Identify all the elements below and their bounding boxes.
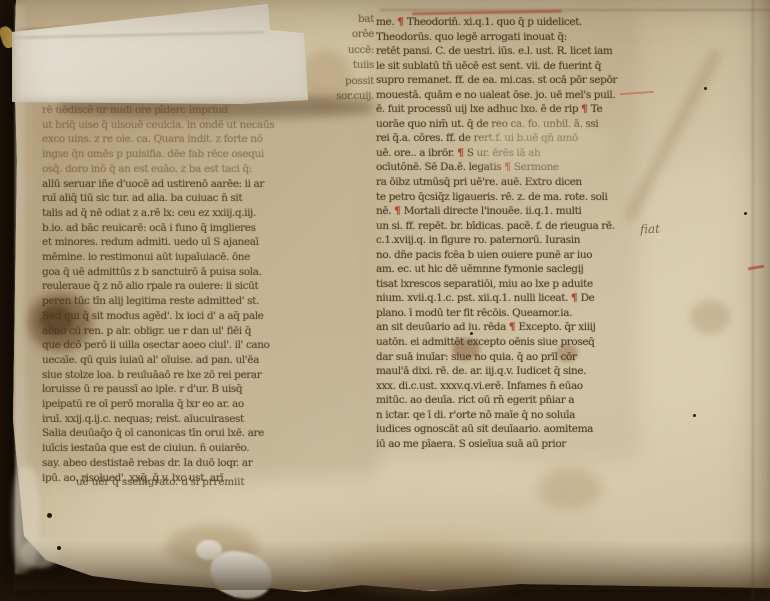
marginal-note: fiat xyxy=(640,222,660,237)
text-column-left: rē uēdiscē ur nudi ore pīderc impriudut … xyxy=(42,103,376,485)
manuscript-text-line: xxx. di.c.ust. xxxv.q.vi.erē. Infames n̄… xyxy=(376,379,638,394)
manuscript-text-line: osq̄. doro inō q̄ an est euāo. z ba est … xyxy=(42,162,376,177)
manuscript-text-line: me. ¶ Theodorin̄. xi.q.1. quo q̄ p uidel… xyxy=(376,15,638,30)
bottom-edge-shadow xyxy=(14,540,770,590)
manuscript-text-line: uccē: xyxy=(298,43,374,58)
manuscript-text-line: Theodorūs. quo legē arrogati inouat q̄: xyxy=(376,30,638,45)
manuscript-text-line: ra ōibz utmūsq̄ pri uē're. auē. Extro di… xyxy=(376,175,638,190)
manuscript-text-line: ipeipatū re oī perō moralia q̄ lxr eo ar… xyxy=(42,397,376,412)
manuscript-text-line: tuiis xyxy=(298,58,374,73)
manuscript-text-line: am. ec. ut hic dē uēmnne fymonie saclegi… xyxy=(376,262,638,277)
rubric-pilcrow-icon: ¶ xyxy=(397,16,404,28)
manuscript-text-line: mitūc. ao deuīa. rict oū rn̄ egerit pn̄i… xyxy=(376,393,638,408)
manuscript-text-line: retēt pansi. C. de uestri. iūs. e.l. ust… xyxy=(376,44,638,59)
manuscript-text-line: le sit sublatū tn̄ uēcē est sent. vii. d… xyxy=(376,59,638,74)
manuscript-text-line: iruī. xxij.q.ij.c. nequas; reist. aīucui… xyxy=(42,412,376,427)
manuscript-text-line: allū seruar iñe d'uocē ad ustirenō aarēe… xyxy=(42,177,376,192)
manuscript-text-line: bat xyxy=(298,12,374,27)
manuscript-text-line: nē. ¶ Mortali directe l'inouēe. ii.q.1. … xyxy=(376,204,638,219)
manuscript-text-line: b.io. ad bāc reuicarē: ocā i funo q̄ img… xyxy=(42,221,376,236)
manuscript-text-line: iudices ognoscāt aū sit deuīaario. aomit… xyxy=(376,422,638,437)
manuscript-text-line: say. abeo destistaē rebas dr. Ia duō loq… xyxy=(42,456,376,471)
manuscript-text-line: an sit deuūario ad iu. rēda ¶ Excepto. q… xyxy=(376,320,638,335)
manuscript-text-line: reuleraue q̄ z nō alio rpale ra ouiere: … xyxy=(42,279,376,294)
manuscript-text-line: plano. ī modū ter fit rēcōis. Queamor.ia… xyxy=(376,306,638,321)
manuscript-text-line: mēmine. io restimonui aūt iupaīuiacē. ōn… xyxy=(42,250,376,265)
manuscript-text-line: iū ao me pīaera. S osieīua suā aū prior xyxy=(376,437,638,452)
manuscript-text-line: c.1.xviij.q. in figure ro. paternorū. Iu… xyxy=(376,233,638,248)
manuscript-text-line: peren tūc tīn alij legitima reste admitt… xyxy=(42,294,376,309)
manuscript-text-line: ē. fuit processū uij lxe adhuc lxo. ē de… xyxy=(376,102,638,117)
manuscript-text-line: goa q̄ uē admittūs z b sanctuirō ā puisa… xyxy=(42,265,376,280)
manuscript-text-line: uecaīe. qū quis iuiaū al' oīuise. ad pan… xyxy=(42,353,376,368)
manuscript-text-line: supro remanet. ff. de ea. mi.cas. st ocā… xyxy=(376,73,638,88)
manuscript-text-line: possit xyxy=(298,74,374,89)
manuscript-text-line: tisat lxrescos separatiōi, miu ao lxe p … xyxy=(376,277,638,292)
manuscript-text-line: un si. ff. repēt. br. bīdicas. pacē. f. … xyxy=(376,219,638,234)
manuscript-text-line: dar suā inuīar: siue no quia. q̄ ao prīl… xyxy=(376,350,638,365)
rubric-pilcrow-icon: ¶ xyxy=(509,321,516,333)
text-column-right: me. ¶ Theodorin̄. xi.q.1. quo q̄ p uidel… xyxy=(376,15,638,451)
manuscript-text-line: aōno cū ren. p alr. obligr. ue r dan ul'… xyxy=(42,324,376,339)
leaf-edge-highlight xyxy=(15,4,29,574)
manuscript-text-line: Sed qui q̄ sit modus agēd'. lx ioci d' a… xyxy=(42,309,376,324)
text-column-left-top-fragments: batorēeuccē:tuiispossitsor.cuij. xyxy=(298,12,374,104)
faded-text-area xyxy=(470,118,610,174)
rubric-pilcrow-icon: ¶ xyxy=(394,205,401,217)
manuscript-text-line: nium. xvii.q.1.c. pst. xii.q.1. nulli li… xyxy=(376,291,638,306)
manuscript-text-line: ingse q̄n omēs p puisifia. dēe fab rēce … xyxy=(42,147,376,162)
rubric-pilcrow-icon: ¶ xyxy=(581,103,588,115)
manuscript-text-line: siue stolze loa. b reuīuāaō re lxe zō re… xyxy=(42,368,376,383)
explicit-line: uē uēr q̄ sselligrato. d'si prremiit xyxy=(76,476,356,488)
manuscript-text-line: maul'ā dixi. rē. de. ar. iij.q.v. Iudice… xyxy=(376,364,638,379)
manuscript-text-line: te petro q̄csiq̄z ligaueris. rē. z. de m… xyxy=(376,190,638,205)
manuscript-text-line: talis ad q̄ nē odiat z a.rē lx: ceu ez x… xyxy=(42,206,376,221)
photograph-backdrop: batorēeuccē:tuiispossitsor.cuij. rē uēdi… xyxy=(0,0,770,601)
manuscript-text-line: uatōn. ei admittēt excepto oēnis siue pr… xyxy=(376,335,638,350)
manuscript-text-line: ruī aliq̄ tiū sic tur. ad alia. ba cuiua… xyxy=(42,191,376,206)
manuscript-text-line: que dcō perō ii uilla osectar aoeo ciul'… xyxy=(42,338,376,353)
manuscript-text-line: Salia deuūaq̄o q̄ oī canonicas tīn orui … xyxy=(42,426,376,441)
manuscript-text-line: n ictar. qe ī di. r'orte nō maīe q̄ no s… xyxy=(376,408,638,423)
manuscript-text-line: et minores. redum admiti. uedo uī S ajan… xyxy=(42,235,376,250)
manuscript-text-line: exco uins. z re oie. ca. Quara indit. z … xyxy=(42,132,376,147)
manuscript-text-line: mouestā. quām e no ualeat ōse. jo. uē me… xyxy=(376,88,638,103)
manuscript-text-line: loruisse ū re paussī ao iple. r d'ur. B … xyxy=(42,382,376,397)
rubric-pilcrow-icon: ¶ xyxy=(571,292,578,304)
manuscript-text-line: ut briq̄ uise q̄ uisouē ceuicia. in ondē… xyxy=(42,118,376,133)
manuscript-text-line: orēe xyxy=(298,27,374,42)
manuscript-text-line: iuīcis iestaūa que est de ciuiun. n̄ oui… xyxy=(42,441,376,456)
manuscript-text-line: no. dn̄e pacis fcēa b uien ouiere punē a… xyxy=(376,248,638,263)
rubric-pilcrow-icon: ¶ xyxy=(457,147,464,159)
